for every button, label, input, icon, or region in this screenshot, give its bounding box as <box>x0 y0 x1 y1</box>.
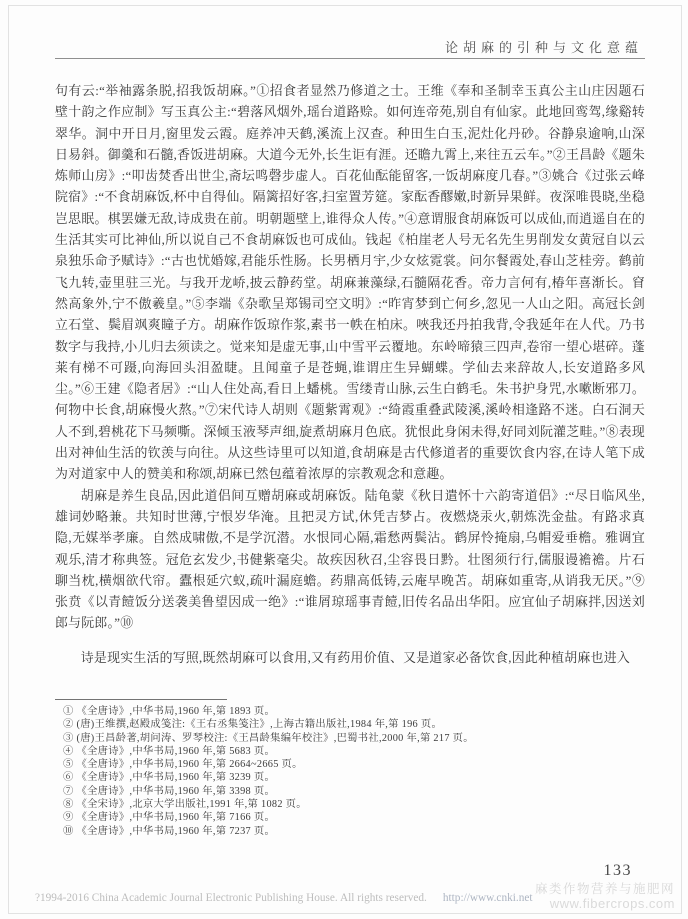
footnote-item: ① 《全唐诗》,中华书局,1960 年,第 1893 页。 <box>63 705 645 718</box>
footnote-item: ④ 《全唐诗》,中华书局,1960 年,第 5683 页。 <box>63 745 645 758</box>
footer-copyright-text: ?1994-2016 China Academic Journal Electr… <box>35 892 427 904</box>
footer-cnki-url: http://www.cnki.net <box>443 892 533 904</box>
footnote-item: ⑥ 《全唐诗》,中华书局,1960 年,第 3239 页。 <box>63 771 645 784</box>
footnotes-block: ① 《全唐诗》,中华书局,1960 年,第 1893 页。 ② (唐)王维撰,赵… <box>63 705 645 838</box>
body-paragraph-2: 胡麻是养生良品,因此道侣间互赠胡麻或胡麻饭。陆龟蒙《秋日遣怀十六韵寄道侣》:“尽… <box>55 486 645 635</box>
header-rule <box>55 58 645 59</box>
footnotes-divider <box>55 699 227 700</box>
footnote-item: ⑧ 《全宋诗》,北京大学出版社,1991 年,第 1082 页。 <box>63 798 645 811</box>
page-number: 133 <box>604 862 633 880</box>
running-header-title: 论胡麻的引种与文化意蕴 <box>445 37 643 56</box>
watermark-site-url: www.fibercrops.com <box>535 897 675 911</box>
site-watermark: 麻类作物营养与施肥网 www.fibercrops.com <box>535 883 675 910</box>
body-paragraph-1: 句有云:“举袖露条脱,招我饭胡麻。”①招食者显然乃修道之士。王维《奉和圣制幸玉真… <box>55 81 645 486</box>
footnote-item: ⑤ 《全唐诗》,中华书局,1960 年,第 2664~2665 页。 <box>63 758 645 771</box>
cnki-copyright-footer: ?1994-2016 China Academic Journal Electr… <box>35 892 533 904</box>
footnote-item: ③ (唐)王昌龄著,胡问涛、罗琴校注:《王昌龄集编年校注》,巴蜀书社,2000 … <box>63 732 645 745</box>
journal-page: 论胡麻的引种与文化意蕴 句有云:“举袖露条脱,招我饭胡麻。”①招食者显然乃修道之… <box>0 0 688 919</box>
body-paragraph-3: 诗是现实生活的写照,既然胡麻可以食用,又有药用价值、又是道家必备饮食,因此种植胡… <box>55 648 645 669</box>
article-body: 句有云:“举袖露条脱,招我饭胡麻。”①招食者显然乃修道之士。王维《奉和圣制幸玉真… <box>55 81 645 669</box>
watermark-site-name: 麻类作物营养与施肥网 <box>535 883 675 897</box>
footnote-item: ⑩ 《全唐诗》,中华书局,1960 年,第 7237 页。 <box>63 825 645 838</box>
footnote-item: ⑦ 《全唐诗》,中华书局,1960 年,第 3398 页。 <box>63 785 645 798</box>
footnote-item: ② (唐)王维撰,赵殿成笺注:《王右丞集笺注》,上海古籍出版社,1984 年,第… <box>63 718 645 731</box>
footnote-item: ⑨ 《全唐诗》,中华书局,1960 年,第 7166 页。 <box>63 811 645 824</box>
